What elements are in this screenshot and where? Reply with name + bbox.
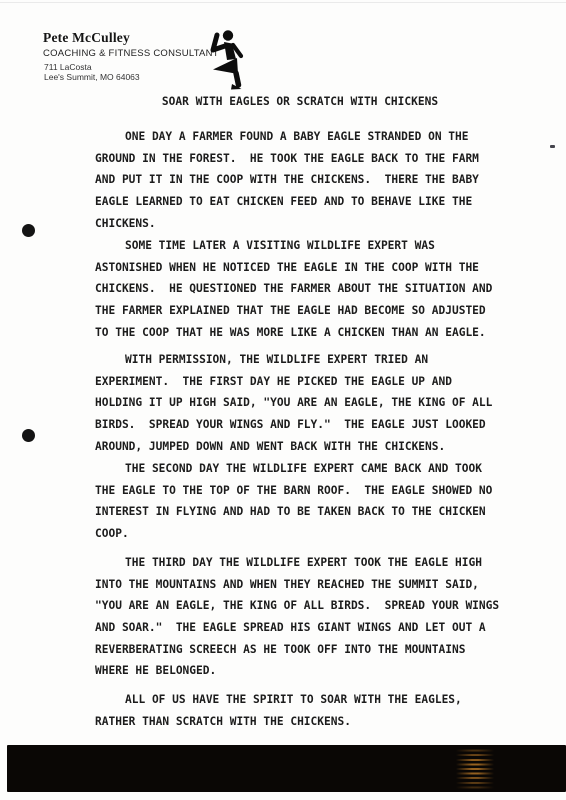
body-line: INTEREST IN FLYING AND HAD TO BE TAKEN B… <box>95 501 521 523</box>
body-paragraph: THE THIRD DAY THE WILDLIFE EXPERT TOOK T… <box>95 552 521 682</box>
body-line: AND SOAR." THE EAGLE SPREAD HIS GIANT WI… <box>95 617 521 639</box>
letterhead: Pete McCulley COACHING & FITNESS CONSULT… <box>0 0 566 95</box>
body-paragraph: ONE DAY A FARMER FOUND A BABY EAGLE STRA… <box>95 126 521 234</box>
body-line: EXPERIMENT. THE FIRST DAY HE PICKED THE … <box>95 371 521 393</box>
body-line: SOME TIME LATER A VISITING WILDLIFE EXPE… <box>95 235 521 257</box>
body-paragraph: THE SECOND DAY THE WILDLIFE EXPERT CAME … <box>95 458 521 545</box>
body-line: HOLDING IT UP HIGH SAID, "YOU ARE AN EAG… <box>95 392 521 414</box>
body-line: WHERE HE BELONGED. <box>95 660 521 682</box>
body-line: REVERBERATING SCREECH AS HE TOOK OFF INT… <box>95 639 521 661</box>
body-paragraph: WITH PERMISSION, THE WILDLIFE EXPERT TRI… <box>95 349 521 457</box>
hole-punch-mark <box>22 429 35 442</box>
footer-scan-bar <box>7 745 566 792</box>
body-line: AROUND, JUMPED DOWN AND WENT BACK WITH T… <box>95 436 521 458</box>
running-figure-icon <box>204 28 246 91</box>
body-line: COOP. <box>95 523 521 545</box>
body-line: THE THIRD DAY THE WILDLIFE EXPERT TOOK T… <box>95 552 521 574</box>
letterhead-address-line1: 711 LaCosta <box>44 62 92 72</box>
body-line: RATHER THAN SCRATCH WITH THE CHICKENS. <box>95 711 521 733</box>
body-line: THE SECOND DAY THE WILDLIFE EXPERT CAME … <box>95 458 521 480</box>
body-line: "YOU ARE AN EAGLE, THE KING OF ALL BIRDS… <box>95 595 521 617</box>
body-line: GROUND IN THE FOREST. HE TOOK THE EAGLE … <box>95 148 521 170</box>
body-line: THE EAGLE TO THE TOP OF THE BARN ROOF. T… <box>95 480 521 502</box>
body-paragraph: SOME TIME LATER A VISITING WILDLIFE EXPE… <box>95 235 521 343</box>
body-line: ASTONISHED WHEN HE NOTICED THE EAGLE IN … <box>95 257 521 279</box>
scan-speck <box>550 145 555 148</box>
letterhead-name: Pete McCulley <box>43 30 130 46</box>
body-paragraph: ALL OF US HAVE THE SPIRIT TO SOAR WITH T… <box>95 689 521 732</box>
body-line: CHICKENS. HE QUESTIONED THE FARMER ABOUT… <box>95 278 521 300</box>
hole-punch-mark <box>22 224 35 237</box>
body-line: ALL OF US HAVE THE SPIRIT TO SOAR WITH T… <box>95 689 521 711</box>
letterhead-address-line2: Lee's Summit, MO 64063 <box>44 72 140 82</box>
document-title: SOAR WITH EAGLES OR SCRATCH WITH CHICKEN… <box>95 95 505 108</box>
body-line: TO THE COOP THAT HE WAS MORE LIKE A CHIC… <box>95 322 521 344</box>
body-line: BIRDS. SPREAD YOUR WINGS AND FLY." THE E… <box>95 414 521 436</box>
letterhead-tagline: COACHING & FITNESS CONSULTANT <box>43 48 219 59</box>
body-line: WITH PERMISSION, THE WILDLIFE EXPERT TRI… <box>95 349 521 371</box>
scanned-document-page: Pete McCulley COACHING & FITNESS CONSULT… <box>0 0 566 800</box>
scan-light-artifact <box>456 747 494 790</box>
body-line: THE FARMER EXPLAINED THAT THE EAGLE HAD … <box>95 300 521 322</box>
body-line: EAGLE LEARNED TO EAT CHICKEN FEED AND TO… <box>95 191 521 213</box>
body-line: INTO THE MOUNTAINS AND WHEN THEY REACHED… <box>95 574 521 596</box>
body-line: ONE DAY A FARMER FOUND A BABY EAGLE STRA… <box>95 126 521 148</box>
body-line: CHICKENS. <box>95 213 521 235</box>
body-line: AND PUT IT IN THE COOP WITH THE CHICKENS… <box>95 169 521 191</box>
